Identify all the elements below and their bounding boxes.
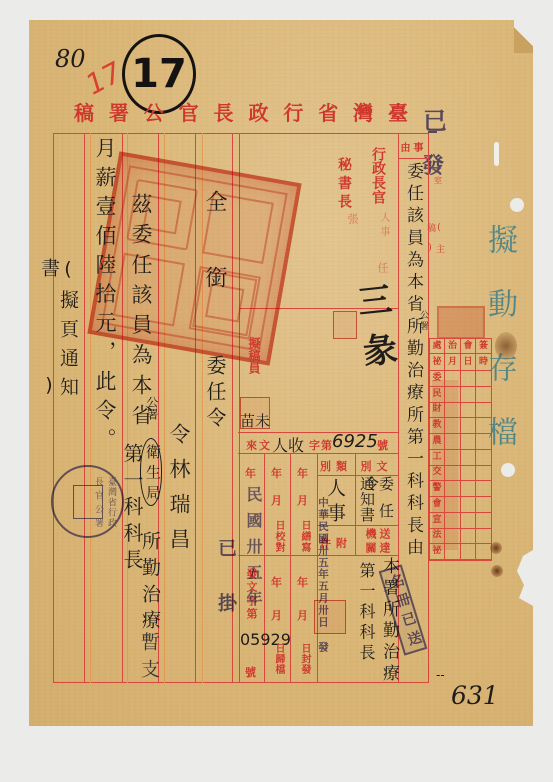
- secretary-signature: 三彖: [347, 281, 396, 369]
- countersign-row-label: 教: [430, 418, 445, 434]
- insertion-circled: 衛生局: [140, 438, 162, 506]
- punch-hole: [510, 198, 524, 212]
- incoming-label: 來文: [246, 437, 272, 453]
- countersign-subheader-cell: 月: [445, 354, 461, 371]
- proofread-year: 年: [271, 465, 282, 481]
- doc-type-label: 文別: [356, 458, 397, 474]
- punch-hole: [501, 463, 515, 477]
- main-text-top: 茲委任該員為本省: [126, 193, 151, 425]
- round-stamp-text: 臺灣省行政長官公署: [61, 477, 117, 527]
- countersign-cell: [476, 497, 491, 513]
- countersign-cell: [461, 497, 476, 513]
- insertion-unit: 所勤治療: [136, 531, 159, 629]
- filed-day: 日歸檔: [271, 643, 283, 674]
- office-round-stamp: 臺灣省行政長官公署: [51, 465, 124, 538]
- approval-note-right: 人事: [376, 212, 388, 236]
- countersign-cell: [461, 371, 476, 387]
- countersign-cell: [445, 466, 461, 482]
- countersign-row-label: 民: [430, 387, 445, 403]
- countersign-cell: [461, 529, 476, 545]
- salary-line: 月薪壹佰陸拾元，此令。: [90, 137, 115, 449]
- countersign-cell: [445, 481, 461, 497]
- countersign-cell: [461, 403, 476, 419]
- register-rule: [238, 453, 398, 454]
- countersign-row-label: 法: [430, 529, 445, 545]
- filed-year: 年: [271, 574, 282, 590]
- subject-header-divider: [398, 158, 429, 159]
- countersign-cell: [445, 513, 461, 529]
- countersign-cell: [445, 403, 461, 419]
- filed-month: 月: [271, 607, 282, 623]
- stain: [490, 542, 502, 554]
- countersign-seal: [437, 306, 485, 339]
- incoming-prefix: 人收: [272, 433, 304, 456]
- countersign-cell: [476, 466, 491, 482]
- addressee: 令林瑞昌: [164, 423, 189, 549]
- countersign-cell: [461, 418, 476, 434]
- countersign-cell: [476, 450, 491, 466]
- recipients-label: 送達機關: [363, 528, 391, 553]
- clerk-seal: [314, 600, 346, 634]
- countersign-cell: [476, 481, 491, 497]
- subject-insertion: 公署: [416, 310, 427, 330]
- countersign-header-cell: 會: [461, 339, 476, 354]
- office-label: 室: [434, 175, 442, 186]
- column-rule: [84, 133, 85, 683]
- countersign-row-label: 祕: [430, 544, 445, 560]
- countersign-cell: [445, 529, 461, 545]
- recipient-title: 全銜: [199, 190, 225, 288]
- countersign-cell: [476, 529, 491, 545]
- order-type: 委任令: [201, 355, 225, 427]
- countersign-cell: [445, 434, 461, 450]
- stain: [491, 565, 503, 577]
- incoming-number: 6925: [332, 431, 378, 452]
- draft-label: (主稿): [432, 223, 443, 253]
- countersign-row-label: 財: [430, 403, 445, 419]
- folio-number-top: 80: [55, 45, 86, 73]
- doc-type-value: 委任令: [375, 476, 393, 518]
- countersign-cell: [445, 450, 461, 466]
- countersign-header-cell: 治: [445, 339, 461, 354]
- doc-type-value: 通知書: [356, 476, 374, 522]
- copied-month: 月: [297, 492, 308, 508]
- countersign-row-label: 宣: [430, 513, 445, 529]
- subject-text: 委任該員為本省所勤治療所第一科科長由: [400, 162, 421, 555]
- drafter-label: 擬稿員: [246, 337, 260, 374]
- countersign-cell: [445, 371, 461, 387]
- insertion-provisional: 暫支: [135, 632, 158, 678]
- countersign-row-label: 農: [430, 434, 445, 450]
- recipient-value: 第一科科長: [354, 562, 374, 660]
- stain: [495, 332, 517, 360]
- approval-note-left: 張: [346, 213, 358, 225]
- copied-day: 日繕寫: [297, 520, 309, 552]
- form-title: 臺灣省行政長官公署稿: [74, 102, 408, 124]
- countersign-header-cell: 處: [430, 339, 445, 354]
- countersign-cell: [445, 418, 461, 434]
- countersign-cell: [461, 466, 476, 482]
- sealed-day: 日封發: [297, 643, 309, 674]
- countersign-row-label: 警: [430, 481, 445, 497]
- countersign-cell: [461, 387, 476, 403]
- countersign-cell: [461, 434, 476, 450]
- folio-number-bottom: 631: [451, 681, 499, 710]
- countersign-cell: [461, 544, 476, 560]
- outgoing-suffix: 號: [245, 664, 256, 680]
- countersign-subheader-cell: 日: [461, 354, 476, 371]
- drafter-initials: 苗未: [240, 410, 270, 431]
- official-seal: [87, 151, 301, 365]
- countersign-row-label: 交: [430, 466, 445, 482]
- countersign-cell: [476, 513, 491, 529]
- secretary-general-label: 秘書長: [335, 157, 351, 208]
- countersign-cell: [445, 387, 461, 403]
- incoming-serial-label: 字第: [309, 437, 333, 453]
- countersign-row-label: 委: [430, 371, 445, 387]
- sealed-year: 年: [297, 574, 308, 590]
- countersign-cell: [461, 513, 476, 529]
- receipt-date-stamp: 民國卅五年: [241, 486, 261, 606]
- countersign-cell: [476, 544, 491, 560]
- register-rule: [317, 525, 398, 526]
- paper-scratch: [494, 142, 499, 166]
- proofread-day: 日校對: [271, 520, 283, 552]
- incoming-suffix: 號: [377, 437, 388, 453]
- countersign-row-label: 祕: [430, 354, 445, 371]
- chief-executive-label: 行政長官: [369, 147, 385, 204]
- copied-year: 年: [297, 465, 308, 481]
- countersign-cell: [461, 481, 476, 497]
- category-label: 類別: [317, 458, 355, 474]
- countersign-cell: [445, 497, 461, 513]
- proofread-month: 月: [271, 492, 282, 508]
- countersign-row-label: 會: [430, 497, 445, 513]
- notification-note: (擬頁通知書): [54, 258, 77, 396]
- archive-scan: 80 17 17 臺灣省行政長官公署稿 已 發 室 (主稿) 事由 委任該員為本…: [0, 0, 553, 782]
- dash-mark: --: [436, 668, 445, 682]
- folded-corner: [514, 20, 533, 53]
- circled-number-text: 17: [131, 51, 187, 97]
- insertion-office: 公署: [144, 396, 158, 420]
- received-year: 年: [245, 465, 256, 481]
- subject-label: 事由: [399, 139, 428, 154]
- countersign-cell: [445, 544, 461, 560]
- approval-note-appointed: 任: [376, 262, 388, 274]
- sealed-month: 月: [297, 607, 308, 623]
- countersign-cell: [461, 450, 476, 466]
- filed-stamp: 已掛: [212, 538, 235, 612]
- stamp-dash: [428, 131, 437, 133]
- countersign-row-label: 工: [430, 450, 445, 466]
